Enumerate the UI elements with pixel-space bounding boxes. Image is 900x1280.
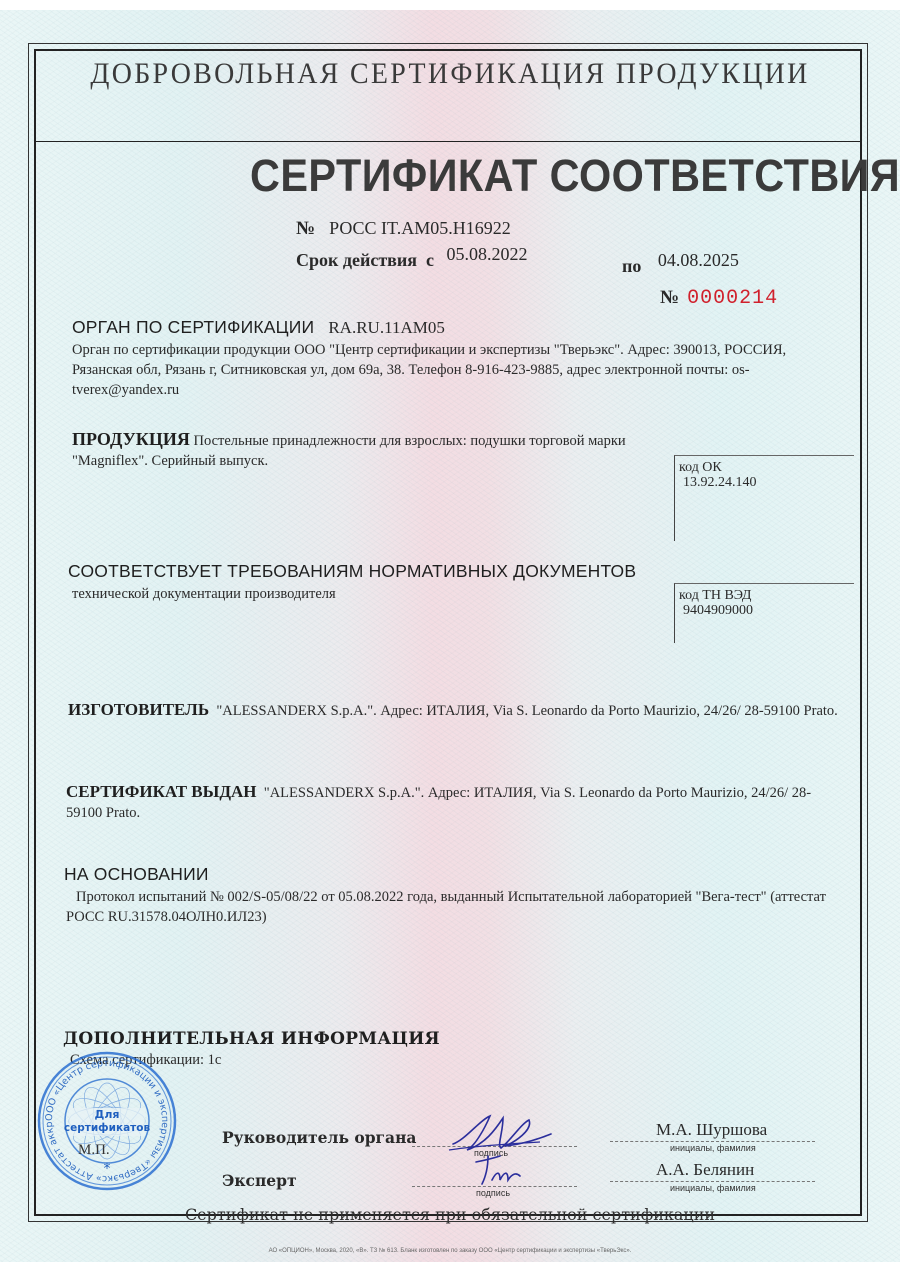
voluntary-certification-title: ДОБРОВОЛЬНАЯ СЕРТИФИКАЦИЯ ПРОДУКЦИИ — [32, 57, 869, 91]
head-name-line — [610, 1141, 815, 1142]
official-stamp: ООО «Центр сертификации и экспертизы «Тв… — [36, 1050, 178, 1192]
manufacturer-heading: ИЗГОТОВИТЕЛЬ — [68, 700, 209, 719]
certificate-title: СЕРТИФИКАТ СООТВЕТСТВИЯ — [250, 150, 900, 202]
okpd-code-label: код ОК — [679, 460, 854, 475]
expert-signature-icon — [470, 1150, 530, 1190]
certification-body-text: Орган по сертификации продукции ООО "Цен… — [72, 340, 832, 400]
certificate-number: №РОСС IT.AM05.H16922 — [296, 218, 511, 240]
validity-from-value: 05.08.2022 — [447, 244, 528, 264]
certificate-number-value: РОСС IT.AM05.H16922 — [329, 218, 511, 238]
validity-from: Срок действия с 05.08.2022 — [296, 250, 528, 271]
compliance-text: технической документации производителя — [72, 584, 336, 604]
manufacturer-text: "ALESSANDERX S.p.A.". Адрес: ИТАЛИЯ, Via… — [216, 703, 837, 719]
scan-margin-bottom — [0, 1262, 900, 1280]
expert-label: Эксперт — [222, 1171, 297, 1190]
additional-info-heading: ДОПОЛНИТЕЛЬНАЯ ИНФОРМАЦИЯ — [63, 1029, 440, 1049]
stamp-seal-icon: ООО «Центр сертификации и экспертизы «Тв… — [36, 1050, 178, 1192]
certification-body-section: ОРГАН ПО СЕРТИФИКАЦИИ RA.RU.11AM05 — [72, 317, 445, 338]
stamp-center-line2: сертификатов — [64, 1122, 151, 1134]
head-name: М.А. Шуршова — [656, 1120, 767, 1140]
blank-number-value: 0000214 — [687, 287, 778, 310]
tnved-code-value: 9404909000 — [679, 603, 854, 618]
basis-heading: НА ОСНОВАНИИ — [64, 864, 209, 885]
expert-name-line — [610, 1181, 815, 1182]
header-divider — [34, 141, 862, 142]
basis-text: Протокол испытаний № 002/S-05/08/22 от 0… — [66, 887, 826, 927]
tnved-code-label: код ТН ВЭД — [679, 588, 854, 603]
voluntary-only-note: Сертификат не применяется при обязательн… — [0, 1205, 900, 1224]
scan-margin-top — [0, 0, 900, 10]
stamp-place-label: М.П. — [78, 1142, 110, 1159]
validity-to-label: по — [622, 256, 641, 276]
blank-number: №0000214 — [660, 287, 778, 310]
manufacturer-section: ИЗГОТОВИТЕЛЬ "ALESSANDERX S.p.A.". Адрес… — [68, 700, 843, 721]
compliance-heading: СООТВЕТСТВУЕТ ТРЕБОВАНИЯМ НОРМАТИВНЫХ ДО… — [68, 561, 636, 582]
certification-body-code: RA.RU.11AM05 — [328, 318, 445, 337]
svg-text:*: * — [104, 1161, 111, 1177]
head-of-body-label: Руководитель органа — [222, 1128, 416, 1147]
okpd-code-value: 13.92.24.140 — [679, 475, 854, 490]
okpd-code-box: код ОК 13.92.24.140 — [674, 455, 854, 541]
product-heading: ПРОДУКЦИЯ — [72, 429, 190, 449]
certificate-number-label: № — [296, 218, 315, 239]
product-section: ПРОДУКЦИЯ Постельные принадлежности для … — [72, 429, 682, 471]
expert-name: А.А. Белянин — [656, 1160, 754, 1180]
head-name-caption: инициалы, фамилия — [670, 1143, 756, 1153]
issued-to-heading: СЕРТИФИКАТ ВЫДАН — [66, 782, 257, 801]
validity-to-value: 04.08.2025 — [658, 250, 739, 270]
tnved-code-box: код ТН ВЭД 9404909000 — [674, 583, 854, 643]
blank-number-label: № — [660, 287, 679, 308]
printer-imprint: АО «ОПЦИОН», Москва, 2020, «В». ТЗ № 613… — [0, 1248, 900, 1254]
stamp-center-line1: Для — [95, 1108, 120, 1121]
validity-label: Срок действия с — [296, 250, 434, 270]
expert-name-caption: инициалы, фамилия — [670, 1183, 756, 1193]
validity-to: по 04.08.2025 — [622, 250, 739, 271]
certification-body-heading: ОРГАН ПО СЕРТИФИКАЦИИ — [72, 317, 314, 337]
issued-to-section: СЕРТИФИКАТ ВЫДАН "ALESSANDERX S.p.A.". А… — [66, 782, 846, 823]
